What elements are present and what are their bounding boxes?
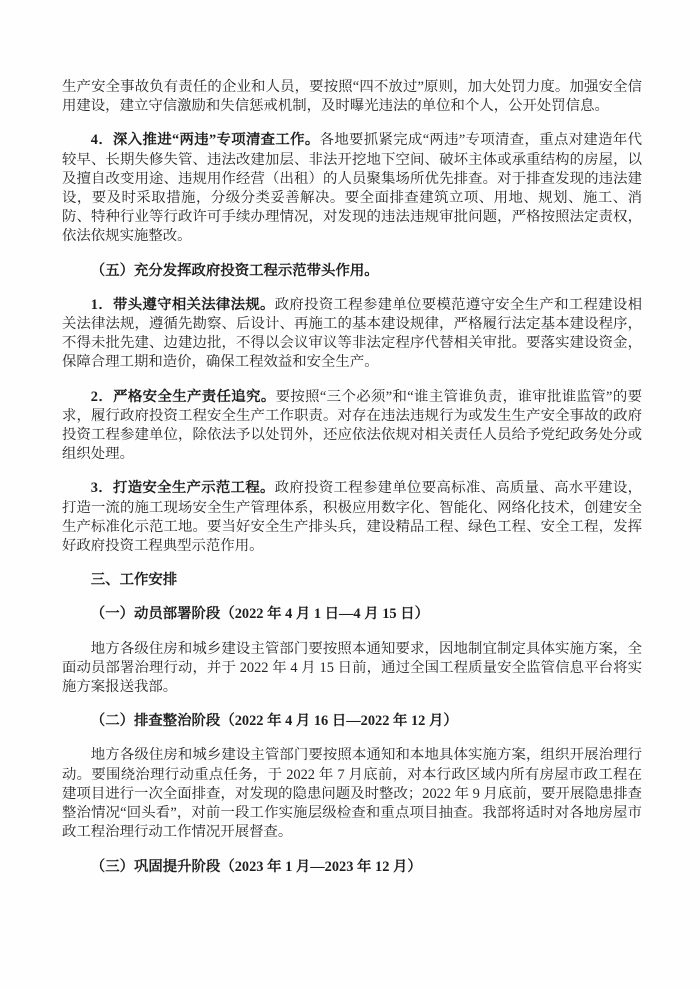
stage-3-heading-text: （三）巩固提升阶段（2023 年 1 月—2023 年 12 月） — [91, 859, 422, 875]
stage-2-body: 地方各级住房和城乡建设主管部门要按照本通知和本地具体实施方案，组织开展治理行动。… — [62, 747, 642, 840]
document-page: 生产安全事故负有责任的企业和人员，要按照“四不放过”原则，加大处罚力度。加强安全… — [0, 0, 700, 989]
paragraph-body: 生产安全事故负有责任的企业和人员，要按照“四不放过”原则，加大处罚力度。加强安全… — [62, 79, 642, 114]
stage-2-paragraph: 地方各级住房和城乡建设主管部门要按照本通知和本地具体实施方案，组织开展治理行动。… — [62, 746, 642, 842]
stage-2-heading: （二）排查整治阶段（2022 年 4 月 16 日—2022 年 12 月） — [62, 712, 642, 731]
item-2-paragraph: 2．严格安全生产责任追究。要按照“三个必须”和“谁主管谁负责，谁审批谁监管”的要… — [62, 388, 642, 465]
chapter-3-heading: 三、工作安排 — [62, 571, 642, 590]
stage-1-paragraph: 地方各级住房和城乡建设主管部门要按照本通知要求，因地制宜制定具体实施方案，全面动… — [62, 640, 642, 698]
chapter-3-heading-text: 三、工作安排 — [91, 572, 177, 588]
section-5-heading: （五）充分发挥政府投资工程示范带头作用。 — [62, 262, 642, 281]
paragraph-carryover: 生产安全事故负有责任的企业和人员，要按照“四不放过”原则，加大处罚力度。加强安全… — [62, 78, 642, 116]
section-5-heading-text: （五）充分发挥政府投资工程示范带头作用。 — [91, 263, 379, 279]
item-4-lead: 4．深入推进“两违”专项清查工作。 — [91, 132, 320, 148]
item-2-lead: 2．严格安全生产责任追究。 — [91, 389, 276, 405]
stage-1-heading-text: （一）动员部署阶段（2022 年 4 月 1 日—4 月 15 日） — [91, 606, 429, 622]
stage-1-body: 地方各级住房和城乡建设主管部门要按照本通知要求，因地制宜制定具体实施方案，全面动… — [62, 641, 642, 695]
item-3-paragraph: 3．打造安全生产示范工程。政府投资工程参建单位要高标准、高质量、高水平建设，打造… — [62, 479, 642, 556]
stage-2-heading-text: （二）排查整治阶段（2022 年 4 月 16 日—2022 年 12 月） — [91, 713, 458, 729]
stage-3-heading: （三）巩固提升阶段（2023 年 1 月—2023 年 12 月） — [62, 858, 642, 877]
item-1-lead: 1．带头遵守相关法律法规。 — [91, 297, 275, 313]
item-4-paragraph: 4．深入推进“两违”专项清查工作。各地要抓紧完成“两违”专项清查，重点对建造年代… — [62, 131, 642, 246]
item-4-body: 各地要抓紧完成“两违”专项清查，重点对建造年代较早、长期失修失管、违法改建加层、… — [62, 132, 642, 244]
item-3-lead: 3．打造安全生产示范工程。 — [91, 480, 275, 496]
item-1-paragraph: 1．带头遵守相关法律法规。政府投资工程参建单位要模范遵守安全生产和工程建设相关法… — [62, 296, 642, 373]
stage-1-heading: （一）动员部署阶段（2022 年 4 月 1 日—4 月 15 日） — [62, 605, 642, 624]
